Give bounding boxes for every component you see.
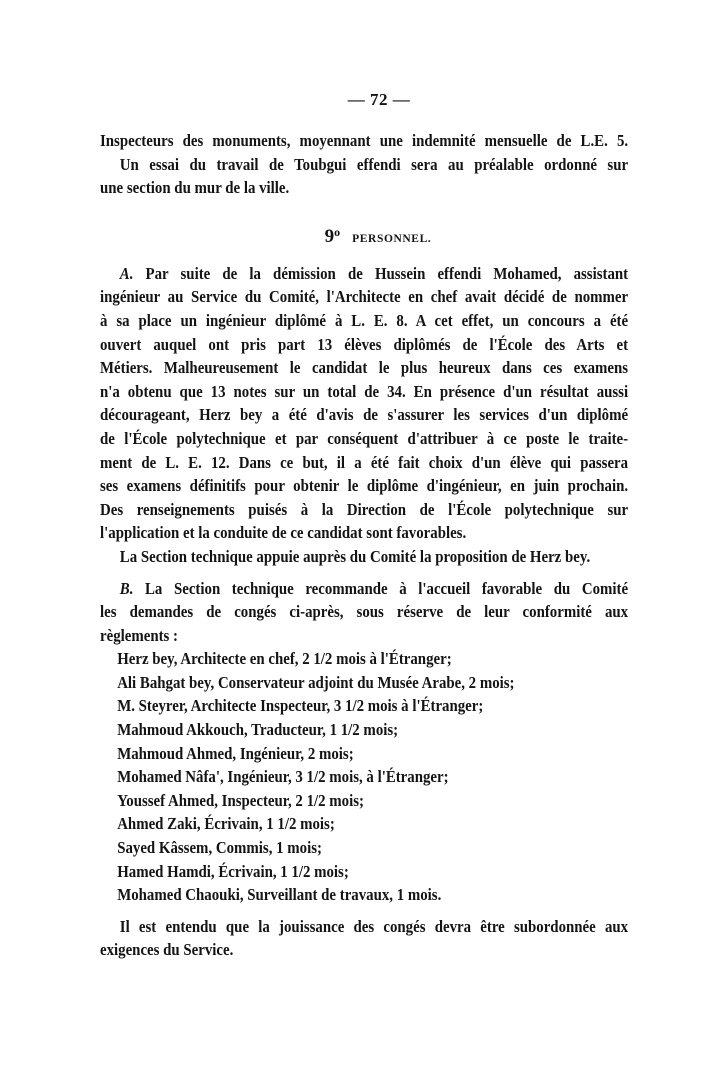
paragraph-a: A. Par suite de la démission de Hussein … <box>100 262 628 569</box>
paragraph-b: B. La Section technique recommande à l'a… <box>100 577 628 648</box>
list-item: Mohamed Nâfa', Ingénieur, 3 1/2 mois, à … <box>100 765 645 789</box>
text-line: de l'École polytechnique et par conséque… <box>100 427 628 451</box>
text-line: B. La Section technique recommande à l'a… <box>100 577 628 601</box>
text-line: Il est entendu que la jouissance des con… <box>100 915 628 939</box>
text-line: n'a obtenu que 13 notes sur un total de … <box>100 380 628 404</box>
list-item: Ahmed Zaki, Écrivain, 1 1/2 mois; <box>100 812 645 836</box>
text-line: ingénieur au Service du Comité, l'Archit… <box>100 285 628 309</box>
text-line: A. Par suite de la démission de Hussein … <box>100 262 628 286</box>
text-line: à sa place un ingénieur diplômé à L. E. … <box>100 309 628 333</box>
spacer <box>100 569 628 577</box>
text-line: ment de L. E. 12. Dans ce but, il a été … <box>100 451 628 475</box>
list-item: Youssef Ahmed, Inspecteur, 2 1/2 mois; <box>100 789 645 813</box>
list-item: Mohamed Chaouki, Surveillant de travaux,… <box>100 883 645 907</box>
text-line: ouvert auquel ont pris part 13 élèves di… <box>100 333 628 357</box>
section-number: 9o <box>325 226 341 247</box>
section-heading: 9o PERSONNEL. <box>100 220 628 244</box>
intro-paragraph: Inspecteurs des monuments, moyennant une… <box>100 129 628 200</box>
text-line: La Section technique appuie auprès du Co… <box>100 545 628 569</box>
list-item: Ali Bahgat bey, Conservateur adjoint du … <box>100 671 645 695</box>
page-number: — 72 — <box>100 88 628 112</box>
text-line: l'application et la conduite de ce candi… <box>100 521 628 545</box>
list-item: M. Steyrer, Architecte Inspecteur, 3 1/2… <box>100 694 645 718</box>
text-line: Inspecteurs des monuments, moyennant une… <box>100 129 628 153</box>
leave-list: Herz bey, Architecte en chef, 2 1/2 mois… <box>100 647 628 907</box>
paragraph-letter: A. <box>120 264 134 283</box>
list-item: Herz bey, Architecte en chef, 2 1/2 mois… <box>100 647 645 671</box>
text-line: exigences du Service. <box>100 938 628 962</box>
text-line: Métiers. Malheureusement le candidat le … <box>100 356 628 380</box>
list-item: Sayed Kâssem, Commis, 1 mois; <box>100 836 645 860</box>
conclusion-paragraph: Il est entendu que la jouissance des con… <box>100 915 628 962</box>
list-item: Mahmoud Akkouch, Traducteur, 1 1/2 mois; <box>100 718 645 742</box>
list-item: Mahmoud Ahmed, Ingénieur, 2 mois; <box>100 742 645 766</box>
text-line: une section du mur de la ville. <box>100 176 628 200</box>
text-line: décourageant, Herz bey a été d'avis de s… <box>100 403 628 427</box>
text-line: Des renseignements puisés à la Direction… <box>100 498 628 522</box>
text-line: règlements : <box>100 624 628 648</box>
spacer <box>100 907 628 915</box>
paragraph-letter: B. <box>120 579 134 598</box>
section-title: PERSONNEL. <box>352 233 431 245</box>
text-line: Un essai du travail de Toubgui effendi s… <box>100 153 628 177</box>
text-line: les demandes de congés ci-après, sous ré… <box>100 600 628 624</box>
document-page: — 72 — Inspecteurs des monuments, moyenn… <box>100 88 628 962</box>
text-line: ses examens définitifs pour obtenir le d… <box>100 474 628 498</box>
list-item: Hamed Hamdi, Écrivain, 1 1/2 mois; <box>100 860 645 884</box>
